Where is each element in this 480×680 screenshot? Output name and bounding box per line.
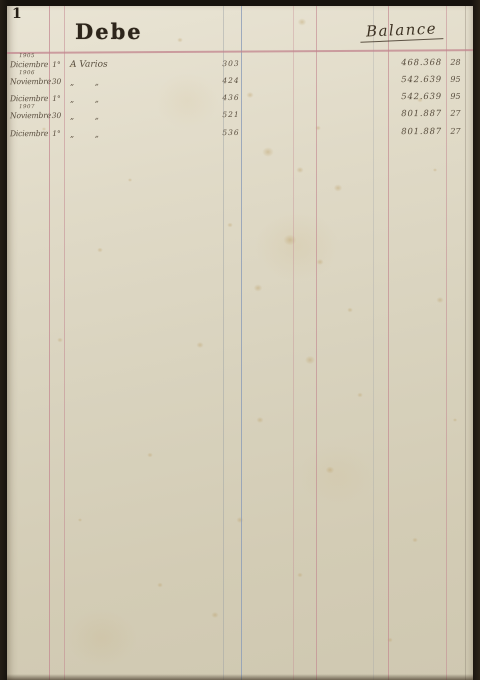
debit-heading: Debe [75, 19, 143, 44]
entry-year: 1907 [19, 104, 35, 110]
entry-amount-cents: 95 [447, 75, 464, 84]
entry-description: „ „ [70, 78, 99, 87]
entry-day: 1° [49, 60, 64, 69]
entry-folio-number: 303 [221, 59, 241, 68]
entry-folio-number: 536 [221, 127, 241, 136]
entry-amount: 542.639 [390, 92, 442, 102]
entry-day: 1° [49, 128, 64, 137]
entry-description: „ „ [70, 129, 99, 138]
entry-month: Noviembre [10, 77, 51, 86]
entry-folio-number: 436 [221, 93, 241, 102]
entry-description: A Varios [70, 60, 108, 70]
entry-amount: 801.887 [390, 109, 442, 119]
entry-month: Diciembre [10, 60, 48, 69]
entry-day: 1° [49, 94, 64, 103]
book-binding: 1 Debe Balance 1905Diciembre1°A Varios30… [0, 0, 480, 680]
entry-amount: 542.639 [390, 75, 442, 85]
ledger-row: 1907Noviembre30„ „521801.88727 [7, 107, 473, 126]
entry-amount-cents: 27 [447, 126, 464, 135]
entry-description: „ „ [70, 95, 99, 104]
entry-description: „ „ [70, 112, 99, 121]
ledger-page: 1 Debe Balance 1905Diciembre1°A Varios30… [7, 6, 473, 680]
entry-year: 1906 [19, 70, 35, 76]
entry-folio-number: 521 [221, 110, 241, 119]
entry-day: 30 [49, 77, 64, 86]
entry-amount-cents: 28 [447, 58, 464, 67]
entry-month: Noviembre [10, 111, 51, 120]
entry-month: Diciembre [10, 94, 48, 103]
entry-amount-cents: 27 [447, 109, 464, 118]
page-number: 1 [12, 6, 22, 22]
entry-amount: 468.368 [390, 58, 442, 68]
entry-day: 30 [49, 111, 64, 120]
entry-year: 1905 [19, 53, 35, 59]
entry-amount-cents: 95 [447, 92, 464, 101]
entry-folio-number: 424 [221, 76, 241, 85]
entry-month: Diciembre [10, 129, 48, 138]
balance-heading: Balance [360, 19, 444, 43]
ledger-row: Diciembre1°„ „536801.88727 [7, 124, 473, 143]
entry-amount: 801.887 [390, 126, 442, 136]
header-rule-line [7, 49, 473, 54]
